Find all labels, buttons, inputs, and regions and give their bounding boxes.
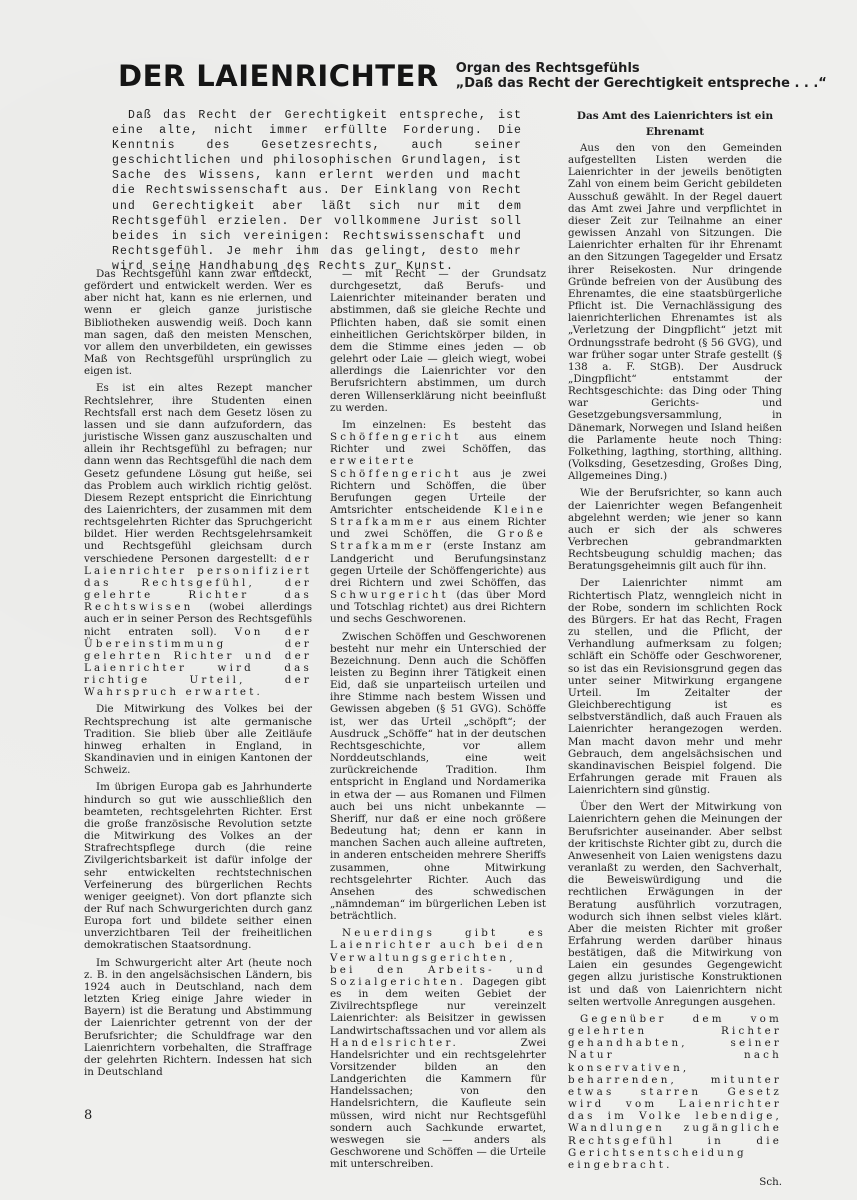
masthead: DER LAIENRICHTER Organ des Rechtsgefühls… (118, 58, 818, 94)
paragraph: Neuerdings gibt es Laienrichter auch bei… (330, 927, 546, 1170)
left-column: Das Rechtsgefühl kann zwar entdeckt, gef… (84, 268, 312, 1083)
middle-column: — mit Recht — der Grundsatz durchgesetzt… (330, 268, 546, 1175)
subtitle-line-2: „Daß das Recht der Gerechtigkeit entspre… (456, 76, 827, 91)
paragraph: Zwischen Schöffen und Geschworenen beste… (330, 631, 546, 923)
publication-title: DER LAIENRICHTER (118, 62, 439, 91)
closing-paragraph: Gegenüber dem vom gelehrten Richter geha… (568, 1013, 782, 1171)
right-column: Das Amt des Laienrichters ist ein Ehrena… (568, 108, 782, 1193)
paragraph: Wie der Berufsrichter, so kann auch der … (568, 487, 782, 572)
masthead-subtitle: Organ des Rechtsgefühls „Daß das Recht d… (456, 61, 827, 91)
spaced-term: Schwurgericht (330, 589, 449, 601)
spaced-term: Handelsrichter. (330, 1037, 459, 1049)
intro-paragraph: Daß das Recht der Gerechtigkeit entsprec… (112, 108, 522, 274)
author-signature: Sch. (568, 1176, 782, 1188)
section-heading: Das Amt des Laienrichters ist ein Ehrena… (568, 108, 782, 140)
spaced-term: Schöffengericht (330, 431, 461, 443)
spaced-term: erweiterte Schöffengericht (330, 455, 461, 479)
paragraph: Der Laienrichter nimmt am Richtertisch P… (568, 577, 782, 796)
subtitle-line-1: Organ des Rechtsgefühls (456, 61, 827, 76)
paragraph: Im einzelnen: Es besteht das Schöffenger… (330, 419, 546, 626)
document-page: DER LAIENRICHTER Organ des Rechtsgefühls… (0, 0, 857, 1200)
paragraph: Die Mitwirkung des Volkes bei der Rechts… (84, 703, 312, 776)
paragraph: Über den Wert der Mitwirkung von Laienri… (568, 801, 782, 1008)
paragraph: Aus den von den Gemeinden aufgestellten … (568, 142, 782, 482)
paragraph: Im Schwurgericht alter Art (heute noch z… (84, 957, 312, 1079)
paragraph: — mit Recht — der Grundsatz durchgesetzt… (330, 268, 546, 414)
page-number: 8 (84, 1108, 92, 1123)
paragraph: Es ist ein altes Rezept mancher Rechtsle… (84, 382, 312, 698)
paragraph: Im übrigen Europa gab es Jahrhunderte hi… (84, 781, 312, 951)
paragraph: Das Rechtsgefühl kann zwar entdeckt, gef… (84, 268, 312, 377)
